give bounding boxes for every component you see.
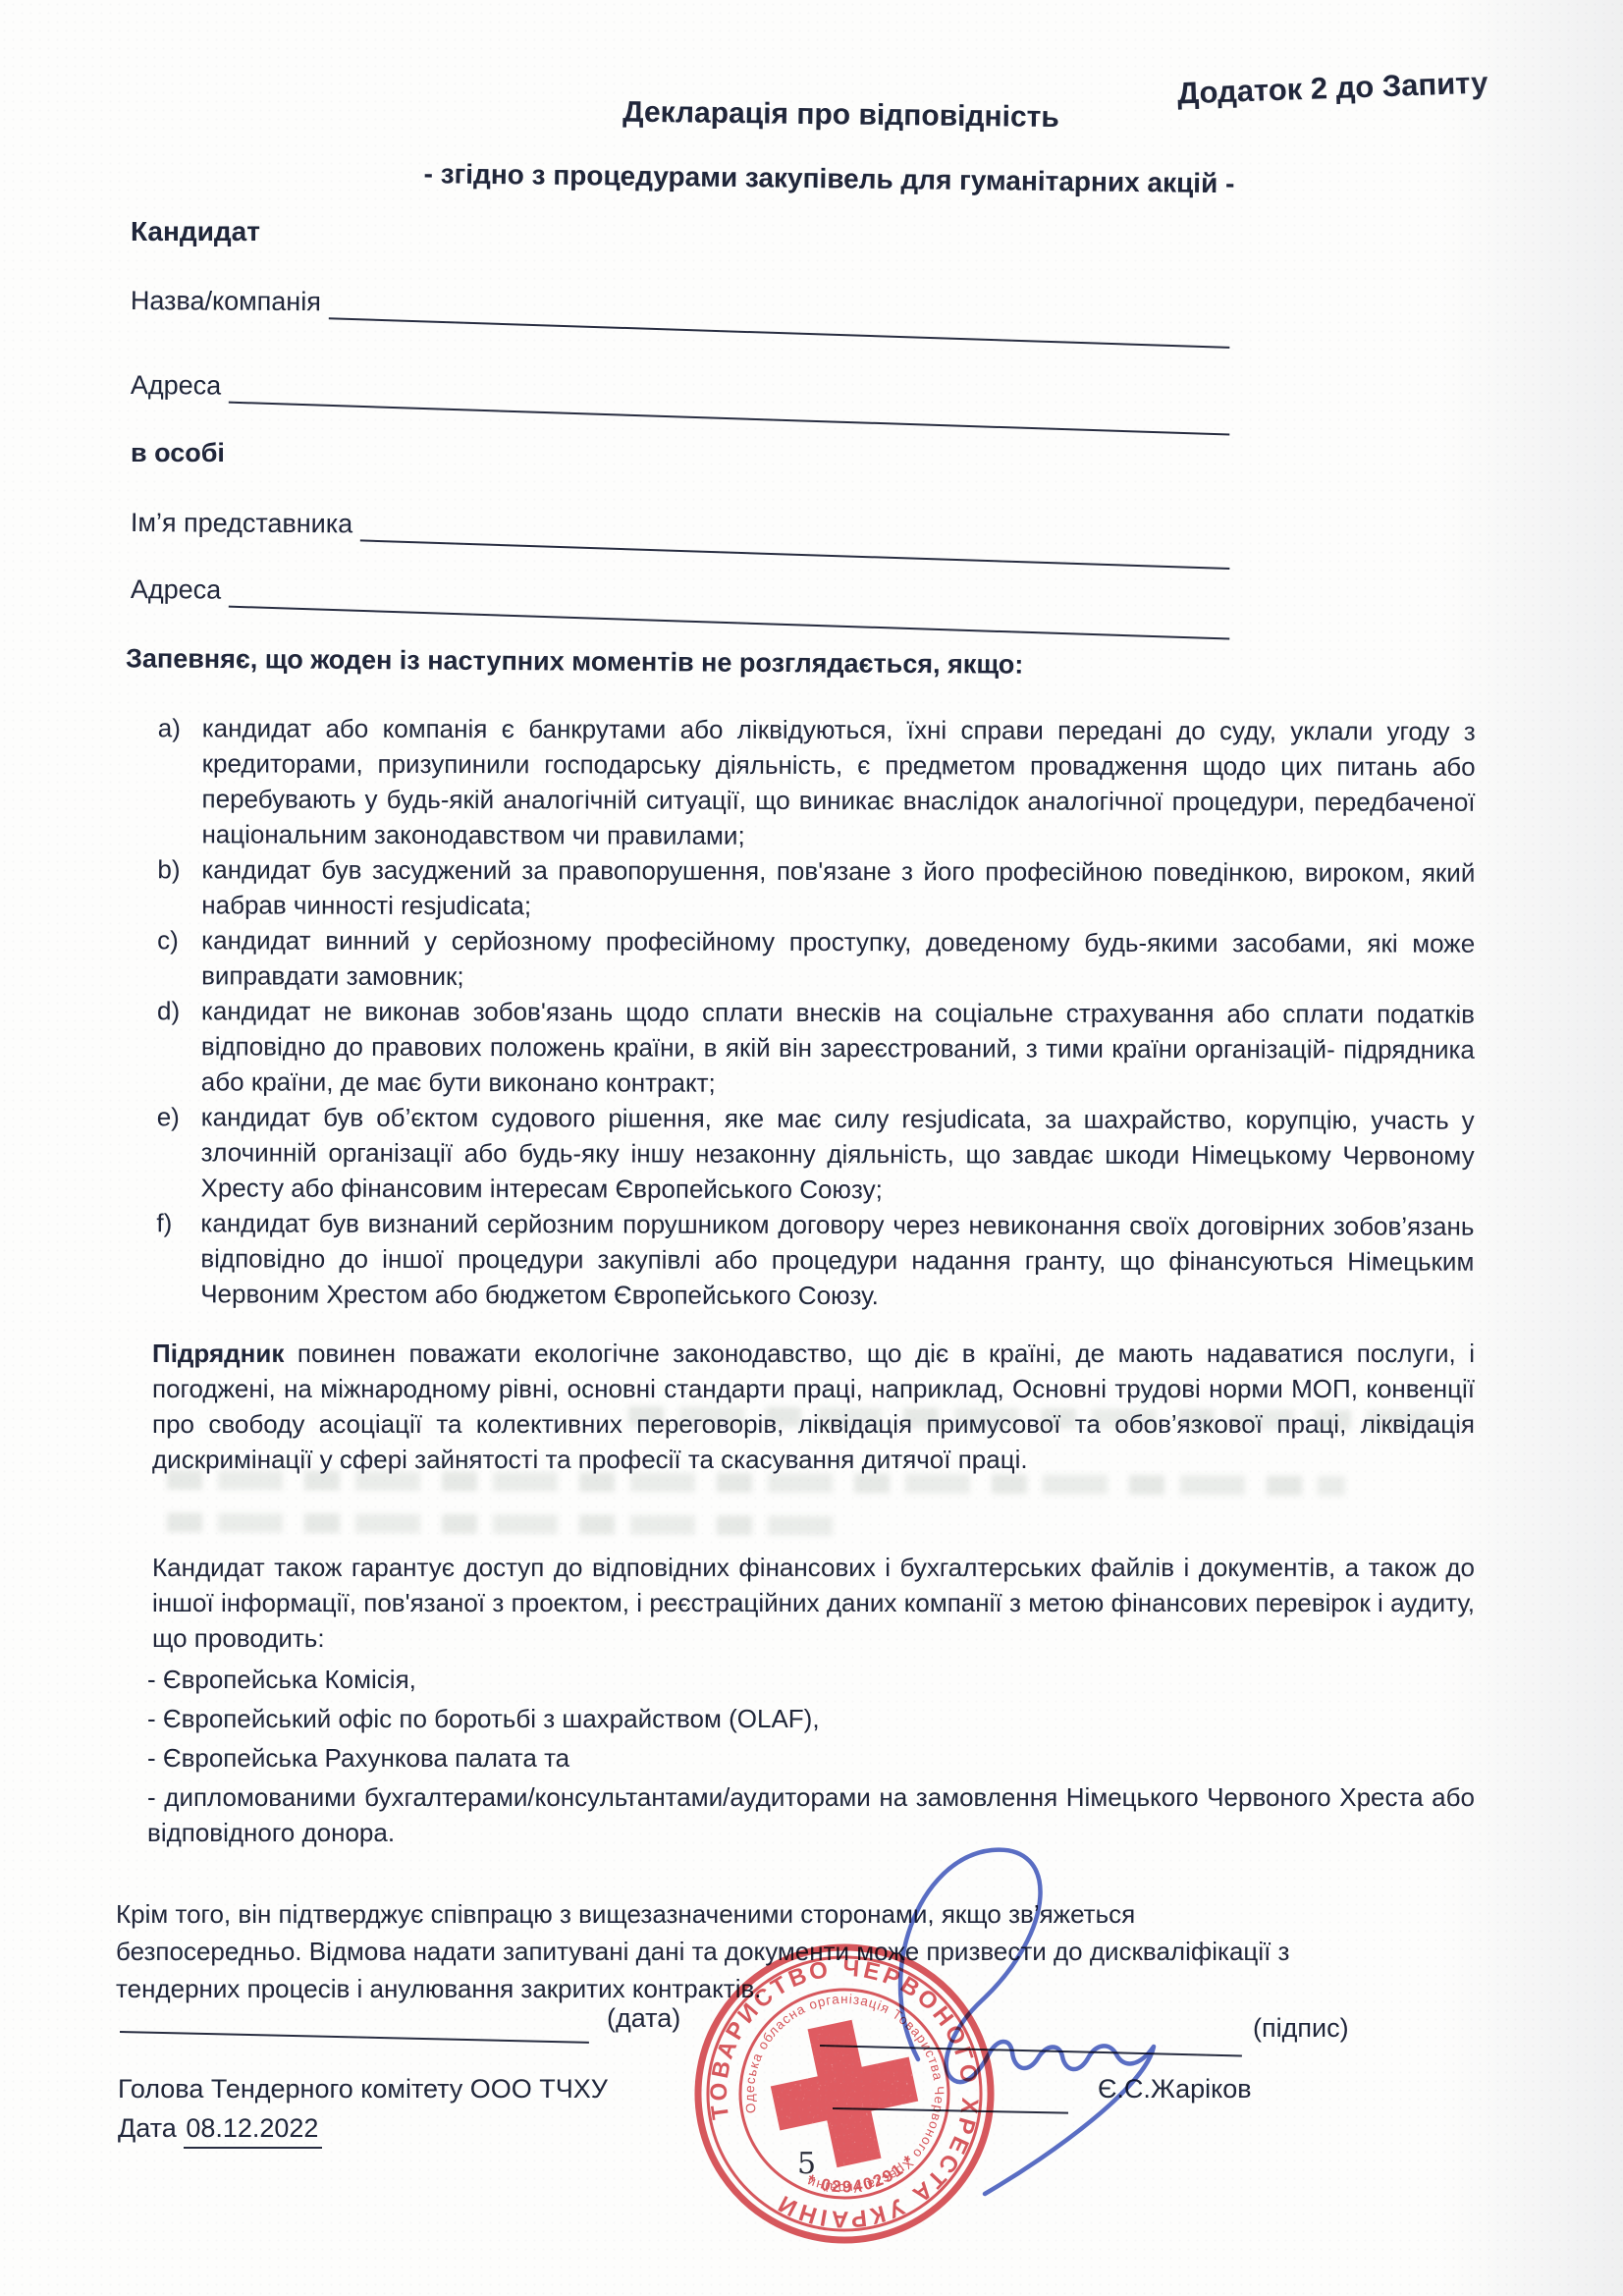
list-item-d: d) кандидат не виконав зобов'язань щодо … (157, 993, 1475, 1103)
access-paragraph: Кандидат також гарантує доступ до відпов… (152, 1550, 1475, 1656)
in-person-heading: в особі (131, 438, 225, 468)
company-blank-line (329, 284, 1231, 349)
list-item-court-of-auditors: - Європейська Рахункова палата та (147, 1740, 1475, 1776)
list-item-a: a) кандидат або компанія є банкрутами аб… (157, 710, 1475, 855)
candidate-section-heading: Кандидат (131, 216, 260, 247)
contractor-paragraph-text: повинен поважати екологічне законодавств… (152, 1339, 1475, 1474)
date-blank-line (120, 2031, 589, 2044)
date-word: Дата (118, 2113, 177, 2143)
document-subtitle: - згідно з процедурами закупівель для гу… (0, 153, 1623, 204)
bleed-through-line (167, 1512, 854, 1536)
date-value: 08.12.2022 (184, 2113, 322, 2149)
address1-blank-line (229, 368, 1230, 436)
field-row-address-1: Адреса (131, 367, 1230, 410)
handwritten-signature (771, 1829, 1232, 2221)
scanned-declaration-document: Додаток 2 до Запиту Декларація про відпо… (0, 0, 1623, 2296)
field-row-company: Назва/компанія (131, 283, 1230, 325)
item-text: кандидат винний у серйозному професійном… (201, 922, 1475, 996)
company-field-label: Назва/компанія (131, 286, 321, 319)
representative-field-label: Ім’я представника (131, 508, 353, 541)
item-marker: b) (157, 851, 201, 922)
list-item-e: e) кандидат був об’єктом судового рішенн… (156, 1099, 1474, 1209)
item-text: кандидат був визнаний серйозним порушник… (200, 1205, 1474, 1314)
representative-blank-line (360, 506, 1230, 570)
list-item-f: f) кандидат був визнаний серйозним поруш… (156, 1205, 1474, 1315)
item-marker: f) (156, 1205, 200, 1311)
assurance-item-list: a) кандидат або компанія є банкрутами аб… (156, 710, 1476, 1315)
item-text: кандидат або компанія є банкрутами або л… (201, 710, 1475, 854)
list-item-commission: - Європейська Комісія, (147, 1662, 1475, 1697)
item-marker: e) (156, 1099, 200, 1205)
field-row-address-2: Адреса (131, 572, 1230, 614)
field-row-representative: Ім’я представника (131, 505, 1230, 547)
item-marker: a) (157, 710, 201, 851)
item-text: кандидат був об’єктом судового рішення, … (200, 1099, 1474, 1208)
committee-chair-line: Голова Тендерного комітету ООО ТЧХУ (118, 2074, 608, 2105)
item-text: кандидат був засуджений за правопорушенн… (201, 851, 1475, 925)
item-text: кандидат не виконав зобов'язань щодо спл… (201, 993, 1475, 1102)
item-marker: d) (157, 993, 201, 1099)
audit-bodies-list: - Європейська Комісія, - Європейський оф… (147, 1662, 1475, 1854)
date-row: Дата 08.12.2022 (118, 2113, 322, 2144)
contractor-paragraph: Підрядник повинен поважати екологічне за… (152, 1336, 1475, 1477)
list-item-b: b) кандидат був засуджений за правопоруш… (157, 851, 1475, 926)
list-item-c: c) кандидат винний у серйозному професій… (157, 922, 1475, 997)
signature-label: (підпис) (1253, 2013, 1349, 2044)
address2-blank-line (229, 573, 1230, 640)
item-marker: c) (157, 922, 201, 993)
list-item-olaf: - Європейський офіс по боротьбі з шахрай… (147, 1701, 1475, 1736)
address1-field-label: Адреса (131, 370, 222, 404)
assurance-heading: Запевняє, що жоден із наступних моментів… (126, 643, 1432, 683)
address2-field-label: Адреса (131, 574, 222, 608)
signature-stroke (900, 1850, 1154, 2194)
date-label: (дата) (607, 2003, 680, 2034)
contractor-lead-word: Підрядник (152, 1339, 284, 1368)
